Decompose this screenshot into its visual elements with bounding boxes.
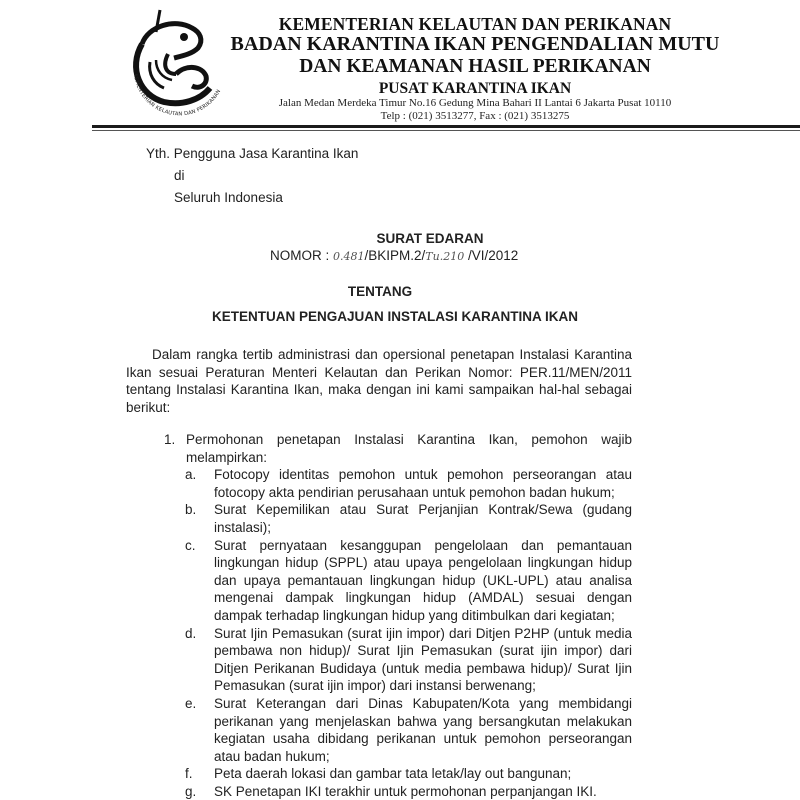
document-type-title: SURAT EDARAN [30, 231, 800, 246]
sub-item-letter: d. [185, 625, 196, 643]
requirements-list: 1. Permohonan penetapan Instalasi Karant… [152, 431, 632, 800]
sub-item-letter: g. [185, 783, 196, 800]
sub-item-e: e. Surat Keterangan dari Dinas Kabupaten… [152, 695, 632, 765]
sub-item-text: SK Penetapan IKI terakhir untuk permohon… [214, 783, 632, 800]
intro-paragraph: Dalam rangka tertib administrasi dan ope… [152, 346, 632, 416]
number-handwritten-1: 0.481 [333, 250, 365, 263]
letterhead-rule-thick [92, 125, 800, 128]
sub-item-f: f. Peta daerah lokasi dan gambar tata le… [152, 765, 632, 783]
agency-name-line1: BADAN KARANTINA IKAN PENGENDALIAN MUTU [225, 33, 725, 56]
sub-item-letter: e. [185, 695, 196, 713]
addressee-location: Seluruh Indonesia [146, 187, 358, 209]
sub-item-letter: b. [185, 501, 196, 519]
sub-item-text: Surat Kepemilikan atau Surat Perjanjian … [214, 501, 632, 536]
ministry-name: KEMENTERIAN KELAUTAN DAN PERIKANAN [225, 14, 725, 35]
document-page: KEMENTERIAN KELAUTAN DAN PERIKANAN KEMEN… [0, 0, 800, 800]
fish-emblem-icon: KEMENTERIAN KELAUTAN DAN PERIKANAN [120, 4, 232, 124]
sub-item-letter: f. [185, 765, 193, 783]
sub-item-letter: c. [185, 537, 196, 555]
letterhead-rule-thin [92, 130, 800, 131]
sub-item-c: c. Surat pernyataan kesanggupan pengelol… [152, 537, 632, 625]
number-prefix: NOMOR : [270, 248, 333, 263]
addressee-line: Yth. Pengguna Jasa Karantina Ikan [146, 143, 358, 165]
addressee-block: Yth. Pengguna Jasa Karantina Ikan di Sel… [146, 143, 358, 209]
sub-item-text: Surat Ijin Pemasukan (surat ijin impor) … [214, 625, 632, 695]
sub-item-g: g. SK Penetapan IKI terakhir untuk permo… [152, 783, 632, 800]
number-middle: /BKIPM.2/ [365, 248, 426, 263]
agency-name-line2: DAN KEAMANAN HASIL PERIKANAN [225, 56, 725, 78]
item-number: 1. [164, 431, 175, 449]
about-label: TENTANG [0, 284, 780, 299]
sub-item-text: Fotocopy identitas pemohon untuk pemohon… [214, 466, 632, 501]
sub-item-b: b. Surat Kepemilikan atau Surat Perjanji… [152, 501, 632, 536]
document-number: NOMOR : 0.481/BKIPM.2/Tu.210 /VI/2012 [270, 248, 518, 263]
addressee-at: di [146, 165, 358, 187]
intro-text: Dalam rangka tertib administrasi dan ope… [126, 346, 632, 416]
sub-item-a: a. Fotocopy identitas pemohon untuk pemo… [152, 466, 632, 501]
item-text: Permohonan penetapan Instalasi Karantina… [186, 431, 632, 466]
sub-item-text: Surat Keterangan dari Dinas Kabupaten/Ko… [214, 695, 632, 765]
number-handwritten-2: Tu.210 [425, 250, 464, 263]
sub-item-d: d. Surat Ijin Pemasukan (surat ijin impo… [152, 625, 632, 695]
document-subject: KETENTUAN PENGAJUAN INSTALASI KARANTINA … [0, 309, 795, 324]
sub-item-letter: a. [185, 466, 196, 484]
sub-item-text: Peta daerah lokasi dan gambar tata letak… [214, 765, 632, 783]
unit-name: PUSAT KARANTINA IKAN [225, 80, 725, 98]
office-address: Jalan Medan Merdeka Timur No.16 Gedung M… [225, 97, 725, 109]
number-suffix: /VI/2012 [464, 248, 518, 263]
office-phone-fax: Telp : (021) 3513277, Fax : (021) 351327… [225, 110, 725, 122]
list-item: 1. Permohonan penetapan Instalasi Karant… [152, 431, 632, 466]
sub-item-text: Surat pernyataan kesanggupan pengelolaan… [214, 537, 632, 625]
